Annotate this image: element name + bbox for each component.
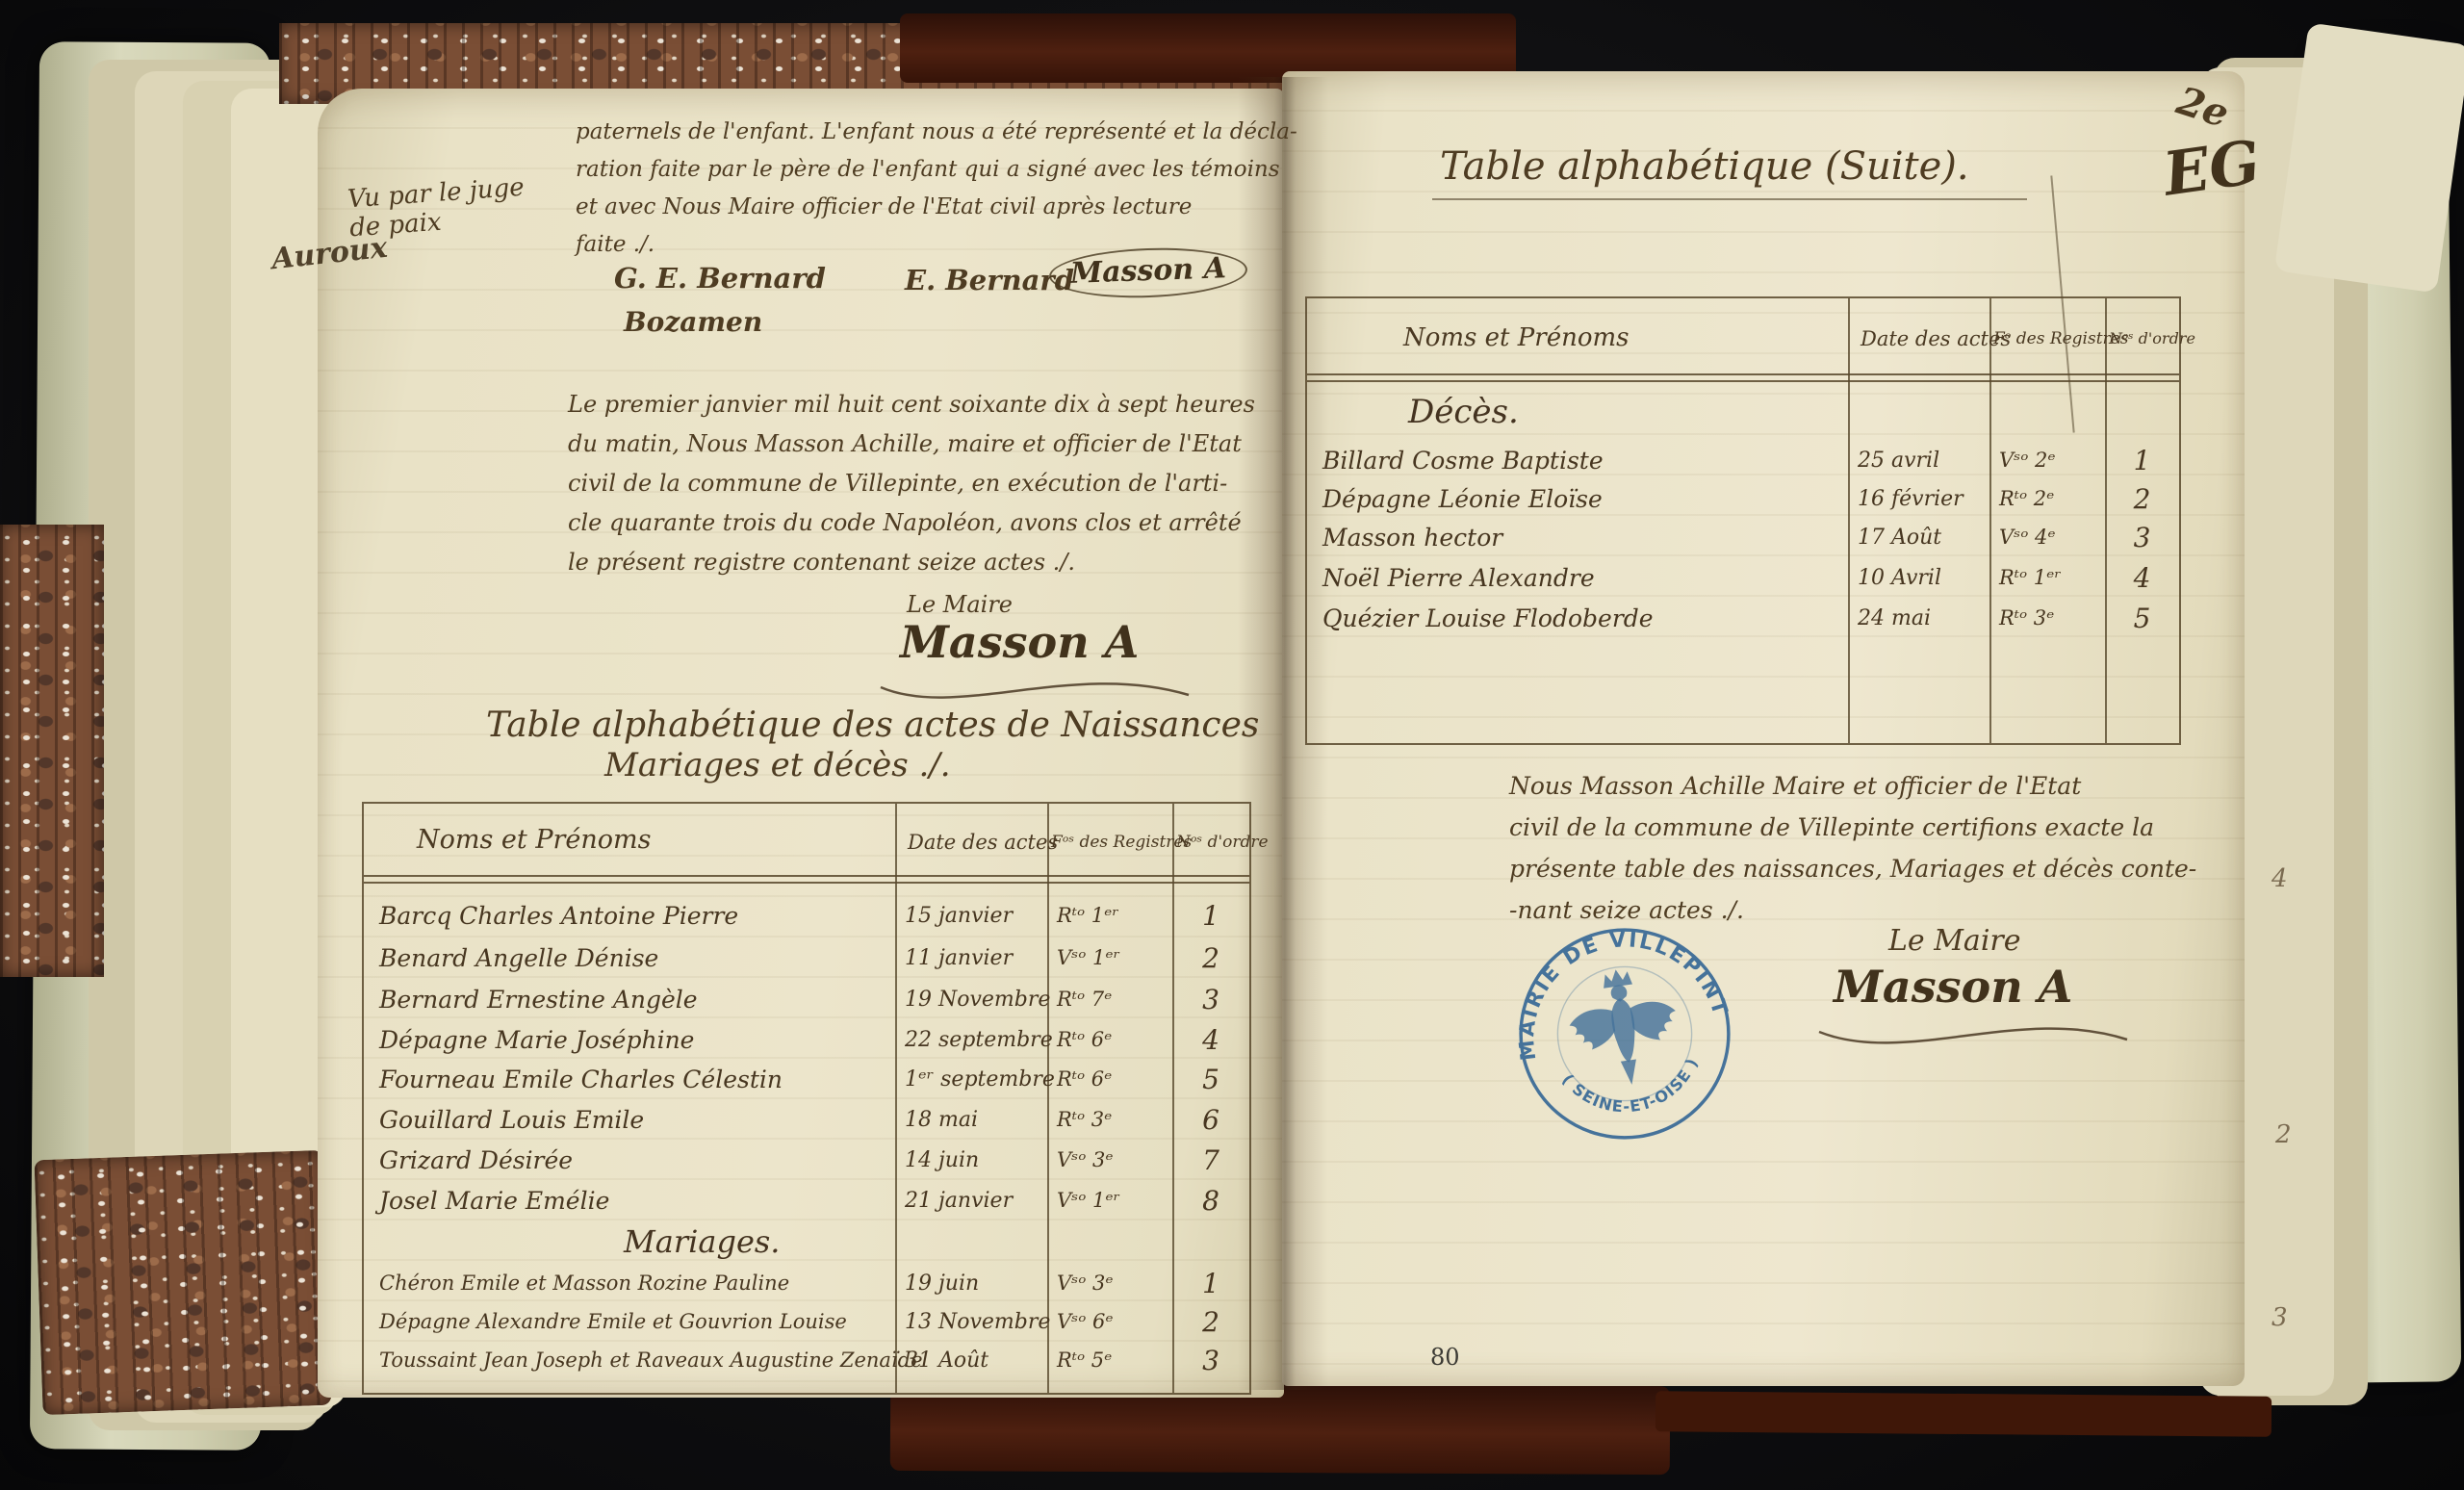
cell-name: Toussaint Jean Joseph et Raveaux Augusti… (364, 1349, 895, 1372)
cell-name: Masson hector (1307, 524, 1848, 552)
cell-name: Benard Angelle Dénise (364, 944, 895, 972)
cell-order: 2 (1172, 942, 1249, 974)
col-header-date: Date des actes (1861, 327, 2011, 350)
cell-order: 1 (1172, 900, 1249, 932)
cell-name: Billard Cosme Baptiste (1307, 447, 1848, 475)
cell-order: 7 (1172, 1144, 1249, 1176)
closure-line: du matin, Nous Masson Achille, maire et … (568, 424, 1255, 464)
header-rule (1307, 373, 2179, 375)
le-maire-label-left: Le Maire (907, 591, 1013, 618)
cell-folio: Rᵗᵒ 3ᵉ (1989, 606, 2105, 629)
cell-folio: Rᵗᵒ 7ᵉ (1047, 988, 1172, 1011)
certification-line: présente table des naissances, Mariages … (1509, 848, 2196, 889)
header-rule (364, 875, 1249, 877)
birth-row: Gouillard Louis Emile 18 mai Rᵗᵒ 3ᵉ 6 (364, 1100, 1249, 1139)
closure-line: civil de la commune de Villepinte, en ex… (568, 464, 1255, 503)
col-header-folio: Fᵒˢ des Registres (1051, 833, 1192, 852)
cell-folio: Vˢᵒ 3ᵉ (1047, 1272, 1172, 1295)
cell-date: 18 mai (895, 1108, 1047, 1132)
death-row: Quézier Louise Flodoberde 24 mai Rᵗᵒ 3ᵉ … (1307, 599, 2179, 637)
header-rule (364, 882, 1249, 884)
cell-order: 1 (1172, 1268, 1249, 1299)
marriage-row: Toussaint Jean Joseph et Raveaux Augusti… (364, 1341, 1249, 1379)
cell-name: Dépagne Alexandre Emile et Gouvrion Loui… (364, 1310, 895, 1333)
cell-order: 5 (2105, 603, 2179, 634)
cell-name: Barcq Charles Antoine Pierre (364, 902, 895, 930)
certification-line: civil de la commune de Villepinte certif… (1509, 807, 2196, 848)
spine-bottom-right (1655, 1391, 2271, 1437)
cell-order: 2 (2105, 483, 2179, 515)
death-row: Billard Cosme Baptiste 25 avril Vˢᵒ 2ᵉ 1 (1307, 441, 2179, 479)
birth-row: Dépagne Marie Joséphine 22 septembre Rᵗᵒ… (364, 1020, 1249, 1059)
col-header-names: Noms et Prénoms (417, 825, 652, 855)
closing-line: paternels de l'enfant. L'enfant nous a é… (576, 114, 1297, 151)
witness-signature-4: Bozamen (624, 306, 762, 338)
cell-order: 1 (2105, 445, 2179, 476)
cell-name: Noël Pierre Alexandre (1307, 564, 1848, 592)
closing-line: et avec Nous Maire officier de l'Etat ci… (576, 189, 1297, 226)
cell-name: Fourneau Emile Charles Célestin (364, 1066, 895, 1093)
deaths-table: Noms et Prénoms Date des actes Fᵒ des Re… (1305, 296, 2181, 745)
cell-name: Josel Marie Emélie (364, 1187, 895, 1215)
cell-name: Quézier Louise Flodoberde (1307, 604, 1848, 632)
cell-order: 2 (1172, 1306, 1249, 1338)
cell-folio: Vˢᵒ 4ᵉ (1989, 526, 2105, 549)
cell-date: 19 Novembre (895, 988, 1047, 1012)
cell-date: 17 Août (1848, 526, 1989, 550)
cell-folio: Vˢᵒ 2ᵉ (1989, 449, 2105, 472)
deaths-section-label: Décès. (1408, 393, 1519, 431)
cell-date: 25 avril (1848, 449, 1989, 473)
cell-folio: Rᵗᵒ 2ᵉ (1989, 487, 2105, 510)
fore-edge-fragment: 2 (2275, 1120, 2292, 1149)
closing-paragraph: paternels de l'enfant. L'enfant nous a é… (576, 114, 1297, 264)
death-row: Masson hector 17 Août Vˢᵒ 4ᵉ 3 (1307, 518, 2179, 556)
cell-date: 21 janvier (895, 1189, 1047, 1213)
closure-line: Le premier janvier mil huit cent soixant… (568, 385, 1255, 424)
witness-signature-2: E. Bernard (905, 264, 1074, 296)
cell-folio: Rᵗᵒ 5ᵉ (1047, 1349, 1172, 1372)
cell-order: 8 (1172, 1185, 1249, 1217)
cell-date: 14 juin (895, 1148, 1047, 1172)
closing-line: ration faite par le père de l'enfant qui… (576, 151, 1297, 189)
cell-order: 4 (2105, 562, 2179, 594)
cell-folio: Vˢᵒ 1ᵉʳ (1047, 1189, 1172, 1212)
cell-date: 19 juin (895, 1272, 1047, 1296)
cell-folio: Vˢᵒ 3ᵉ (1047, 1148, 1172, 1171)
villepinte-stamp: MAIRIE DE VILLEPINTE ( SEINE-ET-OISE ) (1499, 908, 1751, 1160)
death-row: Dépagne Léonie Eloïse 16 février Rᵗᵒ 2ᵉ … (1307, 479, 2179, 518)
le-maire-label-right: Le Maire (1888, 924, 2021, 958)
cell-date: 13 Novembre (895, 1310, 1047, 1334)
cell-date: 24 mai (1848, 606, 1989, 630)
marriage-row: Dépagne Alexandre Emile et Gouvrion Loui… (364, 1302, 1249, 1341)
birth-row: Fourneau Emile Charles Célestin 1ᵉʳ sept… (364, 1060, 1249, 1098)
mayor-signature-left: Masson A (900, 616, 1139, 668)
cell-folio: Vˢᵒ 6ᵉ (1047, 1310, 1172, 1333)
cell-date: 15 janvier (895, 904, 1047, 928)
cell-date: 10 Avril (1848, 566, 1989, 590)
col-header-date: Date des actes (908, 831, 1058, 854)
marbled-board-bottom-left (34, 1150, 331, 1415)
closure-line: cle quarante trois du code Napoléon, avo… (568, 503, 1255, 543)
corner-monogram: EG (2159, 126, 2264, 209)
cell-date: 31 Août (895, 1349, 1047, 1373)
header-rule (1307, 380, 2179, 382)
cell-folio: Rᵗᵒ 6ᵉ (1047, 1028, 1172, 1051)
birth-row: Grizard Désirée 14 juin Vˢᵒ 3ᵉ 7 (364, 1141, 1249, 1179)
certification-paragraph: Nous Masson Achille Maire et officier de… (1509, 765, 2196, 931)
register-scan: paternels de l'enfant. L'enfant nous a é… (0, 0, 2464, 1490)
left-table-title-1: Table alphabétique des actes de Naissanc… (486, 706, 1259, 745)
cell-folio: Vˢᵒ 1ᵉʳ (1047, 946, 1172, 969)
cell-folio: Rᵗᵒ 1ᵉʳ (1989, 566, 2105, 589)
cell-folio: Rᵗᵒ 1ᵉʳ (1047, 904, 1172, 927)
death-row: Noël Pierre Alexandre 10 Avril Rᵗᵒ 1ᵉʳ 4 (1307, 558, 2179, 597)
page-number: 80 (1430, 1344, 1460, 1371)
cell-name: Dépagne Léonie Eloïse (1307, 485, 1848, 513)
cell-name: Dépagne Marie Joséphine (364, 1026, 895, 1054)
right-page-corner (2274, 22, 2464, 293)
closure-line: le présent registre contenant seize acte… (568, 543, 1255, 582)
cell-date: 11 janvier (895, 946, 1047, 970)
marbled-board-left (0, 525, 104, 977)
cell-name: Grizard Désirée (364, 1146, 895, 1174)
fore-edge-fragment: 3 (2271, 1303, 2288, 1332)
cell-folio: Rᵗᵒ 3ᵉ (1047, 1108, 1172, 1131)
birth-row: Bernard Ernestine Angèle 19 Novembre Rᵗᵒ… (364, 980, 1249, 1018)
cell-date: 1ᵉʳ septembre (895, 1067, 1047, 1092)
certification-line: Nous Masson Achille Maire et officier de… (1509, 765, 2196, 807)
birth-row: Josel Marie Emélie 21 janvier Vˢᵒ 1ᵉʳ 8 (364, 1181, 1249, 1220)
birth-row: Benard Angelle Dénise 11 janvier Vˢᵒ 1ᵉʳ… (364, 938, 1249, 977)
cell-name: Bernard Ernestine Angèle (364, 986, 895, 1014)
cell-order: 3 (1172, 984, 1249, 1015)
cell-name: Gouillard Louis Emile (364, 1106, 895, 1134)
cell-order: 3 (2105, 522, 2179, 553)
closure-paragraph: Le premier janvier mil huit cent soixant… (568, 385, 1255, 582)
births-marriages-table: Noms et Prénoms Date des actes Fᵒˢ des R… (362, 802, 1251, 1395)
cell-order: 4 (1172, 1024, 1249, 1056)
birth-row: Barcq Charles Antoine Pierre 15 janvier … (364, 896, 1249, 935)
mayor-signature-right: Masson A (1834, 961, 2072, 1013)
witness-signature-1: G. E. Bernard (614, 262, 826, 295)
left-table-title-2: Mariages et décès ./. (604, 746, 951, 784)
marriages-section-label: Mariages. (624, 1223, 780, 1260)
col-header-order: Nᵒˢ d'ordre (2109, 329, 2195, 347)
signature-flourish-right (1809, 1011, 2137, 1068)
cell-name: Chéron Emile et Masson Rozine Pauline (364, 1272, 895, 1295)
right-page-title: Table alphabétique (Suite). (1432, 144, 2027, 200)
marriage-row: Chéron Emile et Masson Rozine Pauline 19… (364, 1264, 1249, 1302)
cell-folio: Rᵗᵒ 6ᵉ (1047, 1067, 1172, 1091)
col-header-order: Nᵒˢ d'ordre (1176, 833, 1269, 852)
cell-order: 6 (1172, 1104, 1249, 1136)
cell-order: 3 (1172, 1345, 1249, 1376)
fore-edge-fragment: 4 (2271, 864, 2288, 893)
cell-date: 16 février (1848, 487, 1989, 511)
col-header-names: Noms et Prénoms (1403, 323, 1629, 352)
cell-date: 22 septembre (895, 1028, 1047, 1052)
cell-order: 5 (1172, 1064, 1249, 1095)
